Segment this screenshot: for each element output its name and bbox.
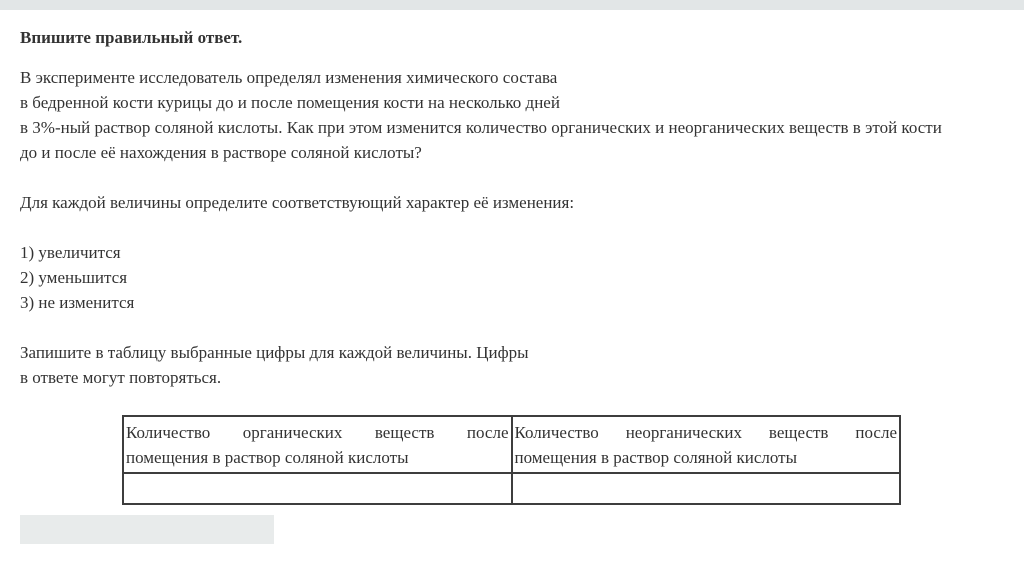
question-line: в бедренной кости курицы до и после поме… bbox=[20, 90, 1020, 115]
answer-input-inorganic[interactable] bbox=[513, 474, 904, 503]
header-organic: Количество органических веществ после по… bbox=[123, 416, 512, 473]
header-inorganic: Количество неорганических веществ после … bbox=[512, 416, 901, 473]
answer-cell-inorganic[interactable] bbox=[512, 473, 901, 504]
write-hint-line: Запишите в таблицу выбранные цифры для к… bbox=[20, 340, 529, 365]
top-bar bbox=[0, 0, 1024, 10]
write-hint: Запишите в таблицу выбранные цифры для к… bbox=[20, 340, 529, 390]
option-item: 1) увеличится bbox=[20, 240, 134, 265]
question-line: В эксперименте исследователь определял и… bbox=[20, 65, 1020, 90]
question-line: в 3%-ный раствор соляной кислоты. Как пр… bbox=[20, 115, 1020, 140]
prompt-text: Для каждой величины определите соответст… bbox=[20, 190, 574, 215]
write-hint-line: в ответе могут повторяться. bbox=[20, 365, 529, 390]
question-text: В эксперименте исследователь определял и… bbox=[20, 65, 1020, 165]
options-list: 1) увеличится 2) уменьшится 3) не измени… bbox=[20, 240, 134, 315]
answer-table: Количество органических веществ после по… bbox=[122, 415, 901, 505]
instruction-heading: Впишите правильный ответ. bbox=[20, 27, 242, 49]
answer-cell-organic[interactable] bbox=[123, 473, 512, 504]
question-line: до и после её нахождения в растворе соля… bbox=[20, 140, 1020, 165]
answer-input-organic[interactable] bbox=[124, 474, 515, 503]
option-item: 2) уменьшится bbox=[20, 265, 134, 290]
table-header-row: Количество органических веществ после по… bbox=[123, 416, 900, 473]
answer-field[interactable] bbox=[20, 515, 274, 544]
option-item: 3) не изменится bbox=[20, 290, 134, 315]
table-answer-row bbox=[123, 473, 900, 504]
